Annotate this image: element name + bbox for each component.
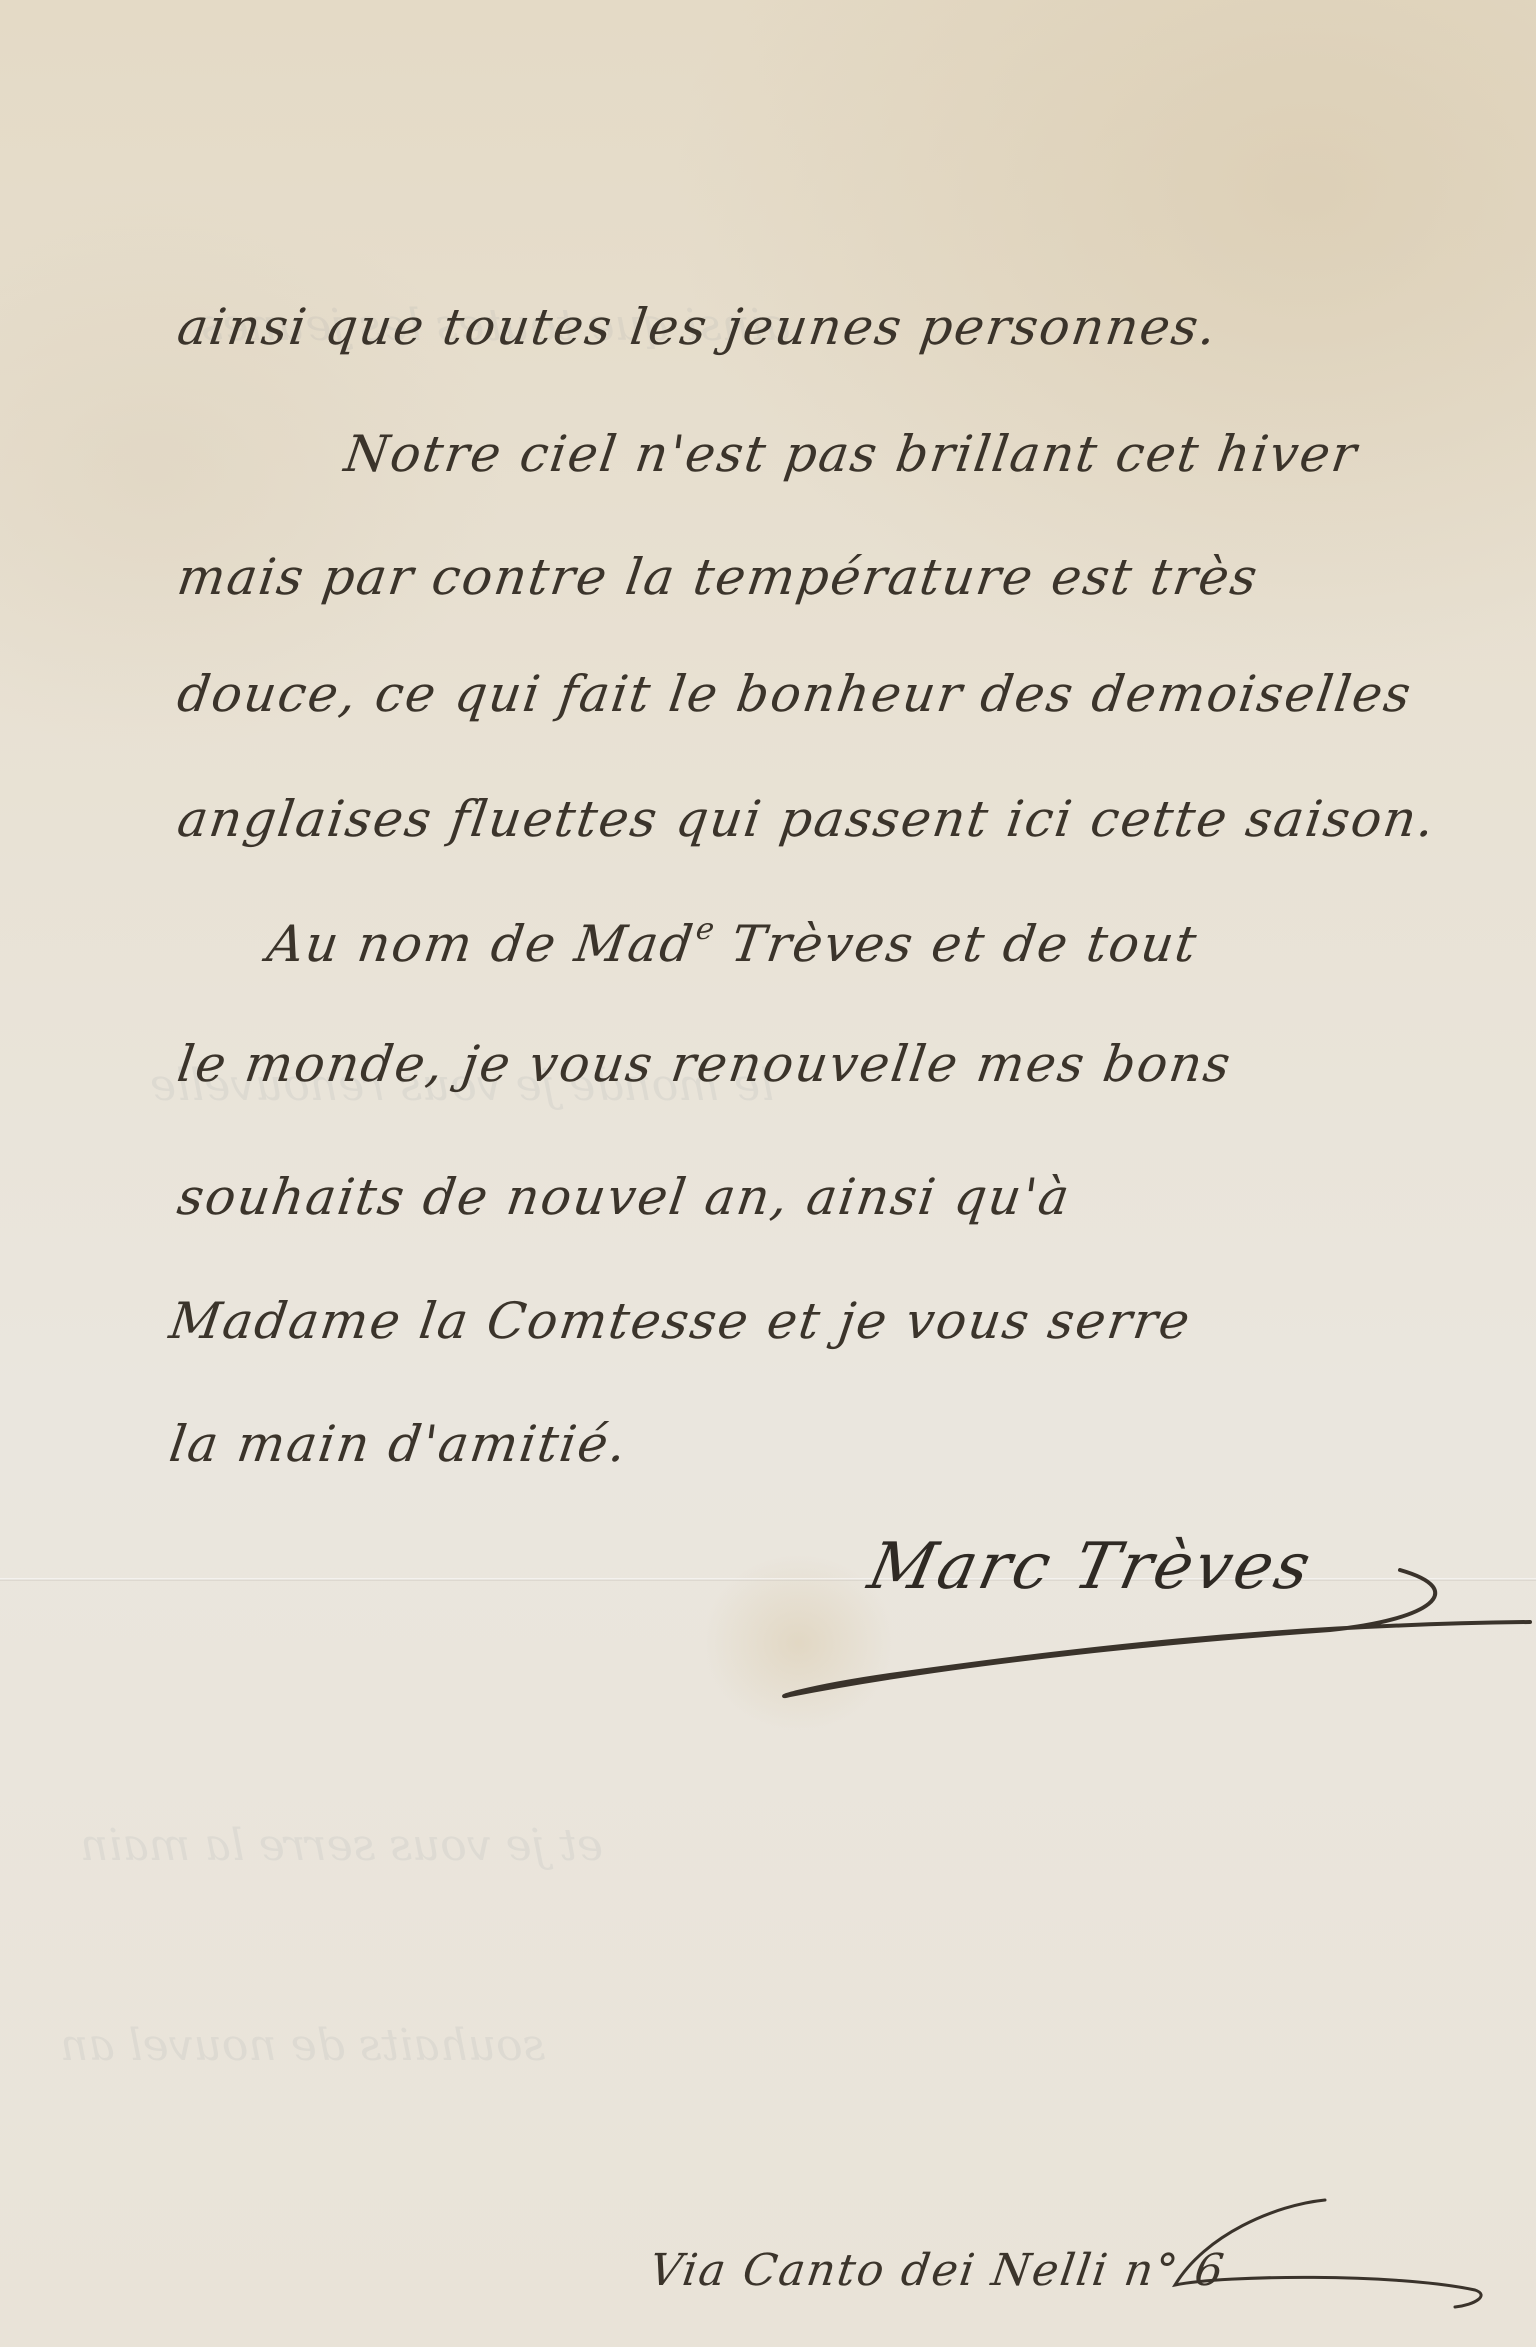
address-flourish <box>1145 2195 1505 2315</box>
letter-line-1: ainsi que toutes les jeunes personnes. <box>174 298 1222 356</box>
letter-line-7: le monde, je vous renouvelle mes bons <box>174 1035 1236 1093</box>
text-segment: Trèves et de tout <box>728 915 1202 973</box>
letter-line-6: Au nom de Made Trèves et de tout <box>264 912 1202 973</box>
signature-flourish <box>770 1560 1536 1700</box>
letter-line-5: anglaises fluettes qui passent ici cette… <box>174 790 1440 848</box>
letter-line-4: douce, ce qui fait le bonheur des demois… <box>174 665 1416 723</box>
letter-line-3: mais par contre la température est très <box>174 548 1263 606</box>
letter-line-9: Madame la Comtesse et je vous serre <box>166 1292 1195 1350</box>
text-segment: Au nom de Mad <box>264 915 698 973</box>
show-through-text: et je vous serre la main <box>80 1820 603 1871</box>
letter-line-8: souhaits de nouvel an, ainsi qu'à <box>174 1168 1075 1226</box>
letter-line-2: Notre ciel n'est pas brillant cet hiver <box>341 425 1362 483</box>
superscript: e <box>694 912 719 947</box>
letter-line-10: la main d'amitié. <box>166 1415 632 1473</box>
show-through-text: souhaits de nouvel an <box>60 2020 545 2071</box>
letter-page: ainsi que toutes les jeunes le monde je … <box>0 0 1536 2347</box>
sender-address: Via Canto dei Nelli n° 6 <box>646 2245 1228 2296</box>
